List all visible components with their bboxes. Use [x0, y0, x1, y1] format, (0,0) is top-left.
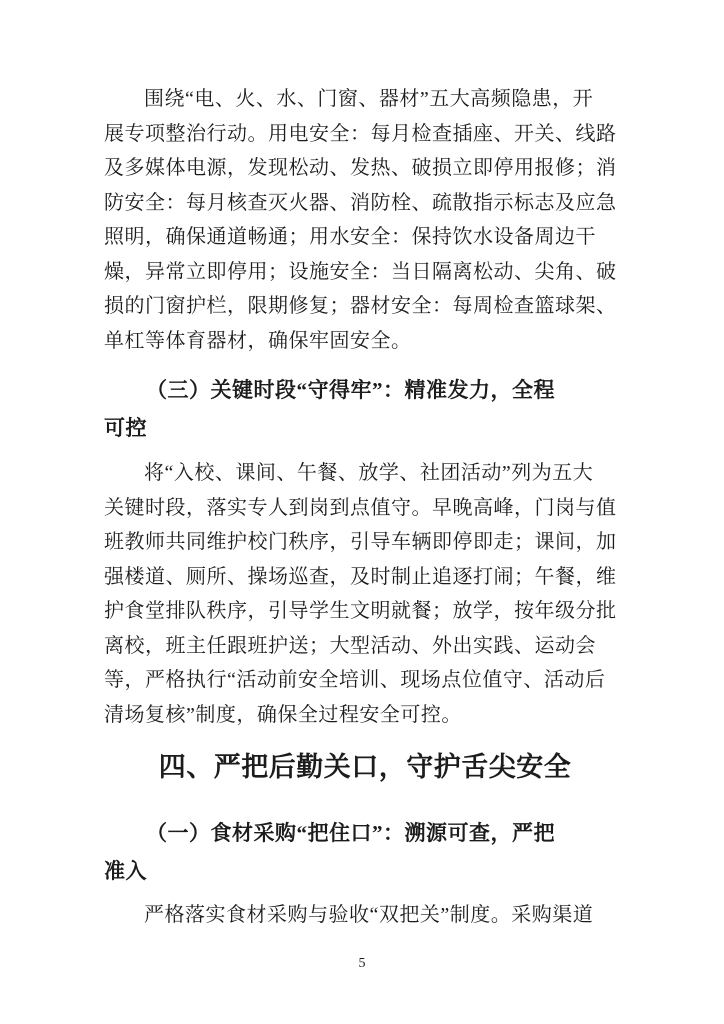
paragraph-key-periods: 将“入校、课间、午餐、放学、社团活动”列为五大 关键时段，落实专人到岗到点值守。…: [104, 456, 626, 732]
page-number: 5: [0, 956, 724, 972]
heading-chapter-four: 四、严把后勤关口，守护舌尖安全: [104, 747, 626, 787]
document-content: 围绕“电、火、水、门窗、器材”五大高频隐患，开 展专项整治行动。用电安全：每月检…: [0, 0, 724, 933]
paragraph-hazard-rectification: 围绕“电、火、水、门窗、器材”五大高频隐患，开 展专项整治行动。用电安全：每月检…: [104, 82, 626, 358]
heading-section-one: （一）食材采购“把住口”：溯源可查，严把 准入: [104, 814, 626, 890]
paragraph-food-procurement: 严格落实食材采购与验收“双把关”制度。采购渠道: [104, 898, 626, 933]
document-page: 围绕“电、火、水、门窗、器材”五大高频隐患，开 展专项整治行动。用电安全：每月检…: [0, 0, 724, 1024]
heading-section-three: （三）关键时段“守得牢”：精准发力，全程 可控: [104, 371, 626, 447]
